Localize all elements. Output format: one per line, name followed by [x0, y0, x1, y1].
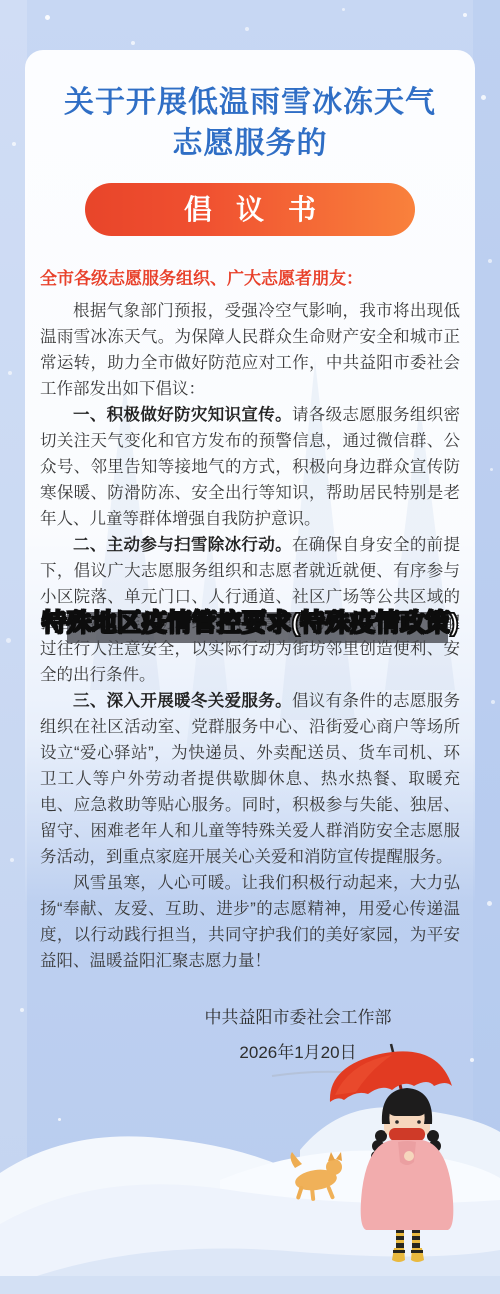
snow-dot [10, 858, 14, 862]
snow-dot [20, 1008, 24, 1012]
snow-dot [45, 15, 50, 20]
snow-dot [463, 13, 467, 17]
snow-dot [488, 259, 492, 263]
snow-dot [342, 8, 345, 11]
section-1-paragraph: 一、积极做好防灾知识宣传。请各级志愿服务组织密切关注天气变化和官方发布的预警信息… [40, 402, 460, 532]
overlay-title: 特殊地区疫情管控要求(特殊疫情政策) [40, 606, 460, 640]
snow-dot [245, 27, 249, 31]
closing-paragraph: 风雪虽寒，人心可暖。让我们积极行动起来，大力弘扬“奉献、友爱、互助、进步”的志愿… [40, 870, 460, 974]
cold-weather-volunteer-proposal-poster: 关于开展低温雨雪冰冻天气 志愿服务的 倡议书 全市各级志愿服务组织、广大志愿者朋… [0, 0, 500, 1294]
section-1-lead: 一、积极做好防灾知识宣传。 [73, 406, 292, 424]
intro-paragraph: 根据气象部门预报，受强冷空气影响，我市将出现低温雨雪冰冻天气。为保障人民群众生命… [40, 298, 460, 402]
snow-dot [131, 41, 135, 45]
snow-dot [487, 901, 492, 906]
section-3-paragraph: 三、深入开展暖冬关爱服务。倡议有条件的志愿服务组织在社区活动室、党群服务中心、沿… [40, 688, 460, 870]
snow-dot [8, 371, 12, 375]
section-3-body: 倡议有条件的志愿服务组织在社区活动室、党群服务中心、沿街爱心商户等场所设立“爱心… [40, 692, 460, 866]
section-3-lead: 三、深入开展暖冬关爱服务。 [73, 692, 292, 710]
section-2-lead: 二、主动参与扫雪除冰行动。 [73, 536, 292, 554]
girl-scarf [389, 1128, 425, 1141]
section-1-body: 请各级志愿服务组织密切关注天气变化和官方发布的预警信息，通过微信群、公众号、邻里… [40, 406, 460, 528]
snow-dot [491, 700, 495, 704]
snow-dot [6, 638, 11, 643]
salutation: 全市各级志愿服务组织、广大志愿者朋友： [40, 266, 460, 292]
title-line-1: 关于开展低温雨雪冰冻天气 [0, 82, 500, 123]
title-line-2: 志愿服务的 [0, 123, 500, 164]
page-title: 关于开展低温雨雪冰冻天气 志愿服务的 [0, 82, 500, 164]
winter-illustration [0, 1040, 500, 1294]
snow-dot [490, 468, 493, 471]
signature-org: 中共益阳市委社会工作部 [98, 1000, 498, 1035]
proposal-badge: 倡议书 [85, 183, 415, 236]
